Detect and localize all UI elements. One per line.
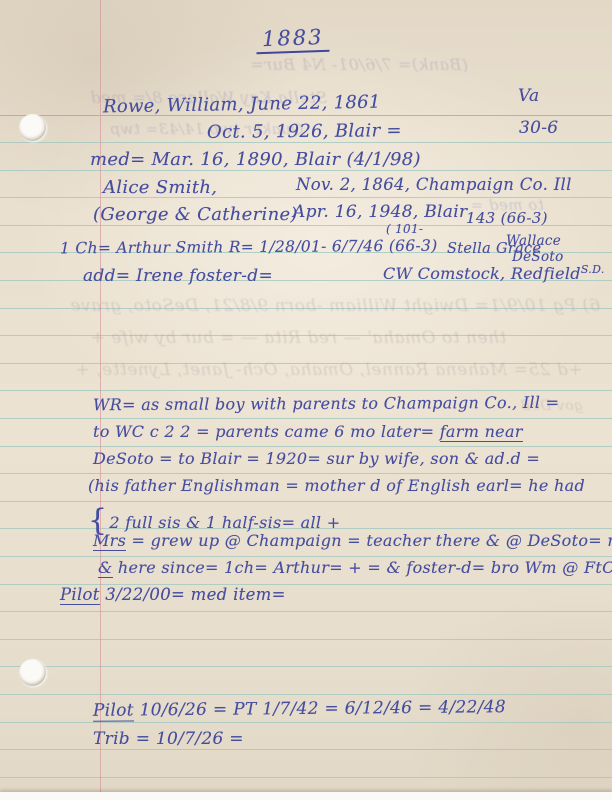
hole-punch-top bbox=[19, 114, 46, 141]
entry-death-line: Oct. 5, 1926, Blair = bbox=[207, 120, 402, 143]
source-line-2: Trib = 10/7/26 = bbox=[93, 729, 244, 749]
entry-child-surname-bottom: DeSoto bbox=[512, 249, 564, 265]
entry-child-surname-top: Wallace bbox=[506, 233, 561, 249]
note-line-7-text: here since= 1ch= Arthur= + = & foster-d=… bbox=[113, 558, 612, 577]
ruled-line bbox=[0, 749, 612, 750]
notebook-page: (Bank)= 7/6/01- N4 Bur= Stella Kay Walla… bbox=[0, 0, 612, 800]
entry-marriage-line: med= Mar. 16, 1890, Blair (4/1/98) bbox=[90, 149, 421, 170]
ruled-line bbox=[0, 473, 612, 474]
note-line-5-text: 2 full sis & 1 half-sis= all + bbox=[109, 513, 340, 532]
ruled-line bbox=[0, 722, 612, 723]
ruled-line bbox=[0, 556, 612, 557]
ruled-line bbox=[0, 639, 612, 640]
informant-name: CW Comstock, Redfield bbox=[383, 264, 581, 283]
source-line-1-text: 10/6/26 = PT 1/7/42 = 6/12/46 = 4/22/48 bbox=[134, 697, 506, 720]
entry-spouse-ref: 143 (66-3) bbox=[466, 209, 548, 227]
bleedthrough-line: (Bank)= 7/6/01- N4 Bur= bbox=[250, 55, 468, 74]
entry-name-line: Rowe, William, June 22, 1861 bbox=[103, 92, 381, 118]
note-line-6-text: = grew up @ Champaign = teacher there & … bbox=[126, 531, 612, 550]
note-line-6-underlined: Mrs bbox=[93, 531, 126, 551]
ruled-line bbox=[0, 170, 612, 171]
informant-state: S.D. bbox=[581, 263, 605, 276]
ruled-line bbox=[0, 142, 612, 143]
note-line-8: Pilot 3/22/00= med item= bbox=[60, 585, 286, 604]
note-line-2: to WC c 2 2 = parents came 6 mo later= f… bbox=[93, 422, 523, 441]
entry-spouse-age-note: ( 101- bbox=[386, 222, 423, 236]
entry-child-line: 1 Ch= Arthur Smith R= 1/28/01- 6/7/46 (6… bbox=[60, 237, 438, 258]
note-line-8-text: 3/22/00= med item= bbox=[100, 585, 286, 604]
entry-spouse-name: Alice Smith, bbox=[103, 177, 217, 198]
ruled-line bbox=[0, 666, 612, 667]
note-line-4: (his father Englishman = mother d of Eng… bbox=[88, 476, 585, 495]
note-line-3: DeSoto = to Blair = 1920= sur by wife, s… bbox=[93, 449, 540, 468]
ruled-line bbox=[0, 611, 612, 612]
entry-foster-line: add= Irene foster-d= bbox=[83, 266, 273, 286]
bleedthrough-line: then to Omaha' — red Rita — = bur by wif… bbox=[90, 328, 506, 348]
source-line-1: Pilot 10/6/26 = PT 1/7/42 = 6/12/46 = 4/… bbox=[93, 697, 506, 721]
entry-informant: CW Comstock, RedfieldS.D. bbox=[383, 264, 605, 283]
ruled-line bbox=[0, 418, 612, 419]
newspaper-name: Pilot bbox=[60, 585, 100, 605]
entry-spouse-death: Apr. 16, 1948, Blair bbox=[293, 202, 467, 222]
note-line-7-underlined: & bbox=[98, 558, 113, 578]
note-line-7: & here since= 1ch= Arthur= + = & foster-… bbox=[98, 558, 612, 577]
ruled-line bbox=[0, 777, 612, 778]
note-line-1: WR= as small boy with parents to Champai… bbox=[93, 393, 559, 414]
entry-birth-state: Va bbox=[518, 86, 539, 106]
entry-spouse-parents: (George & Catherine) bbox=[93, 204, 298, 225]
entry-spouse-birth: Nov. 2, 1864, Champaign Co. Ill bbox=[296, 175, 572, 194]
scan-edge bbox=[0, 792, 612, 800]
note-line-2-underlined: farm near bbox=[440, 422, 523, 442]
bleedthrough-line: 6) Pg 10/9/1= Dwight William -born 9/8/2… bbox=[70, 296, 600, 316]
ruled-line bbox=[0, 446, 612, 447]
year-heading: 1883 bbox=[256, 25, 330, 52]
note-line-6: Mrs = grew up @ Champaign = teacher ther… bbox=[93, 531, 612, 550]
ruled-line bbox=[0, 390, 612, 391]
newspaper-name: Pilot bbox=[93, 700, 134, 721]
entry-ref-number: 30-6 bbox=[519, 118, 558, 138]
note-line-2-text: to WC c 2 2 = parents came 6 mo later= bbox=[93, 422, 440, 441]
bleedthrough-line: +d 25= Mahena Rannel, Omaha, Och- Janet,… bbox=[75, 360, 583, 380]
ruled-line bbox=[0, 694, 612, 695]
header-rule-red bbox=[0, 115, 612, 116]
hole-punch-bottom bbox=[19, 659, 46, 686]
year-heading-text: 1883 bbox=[256, 25, 330, 55]
